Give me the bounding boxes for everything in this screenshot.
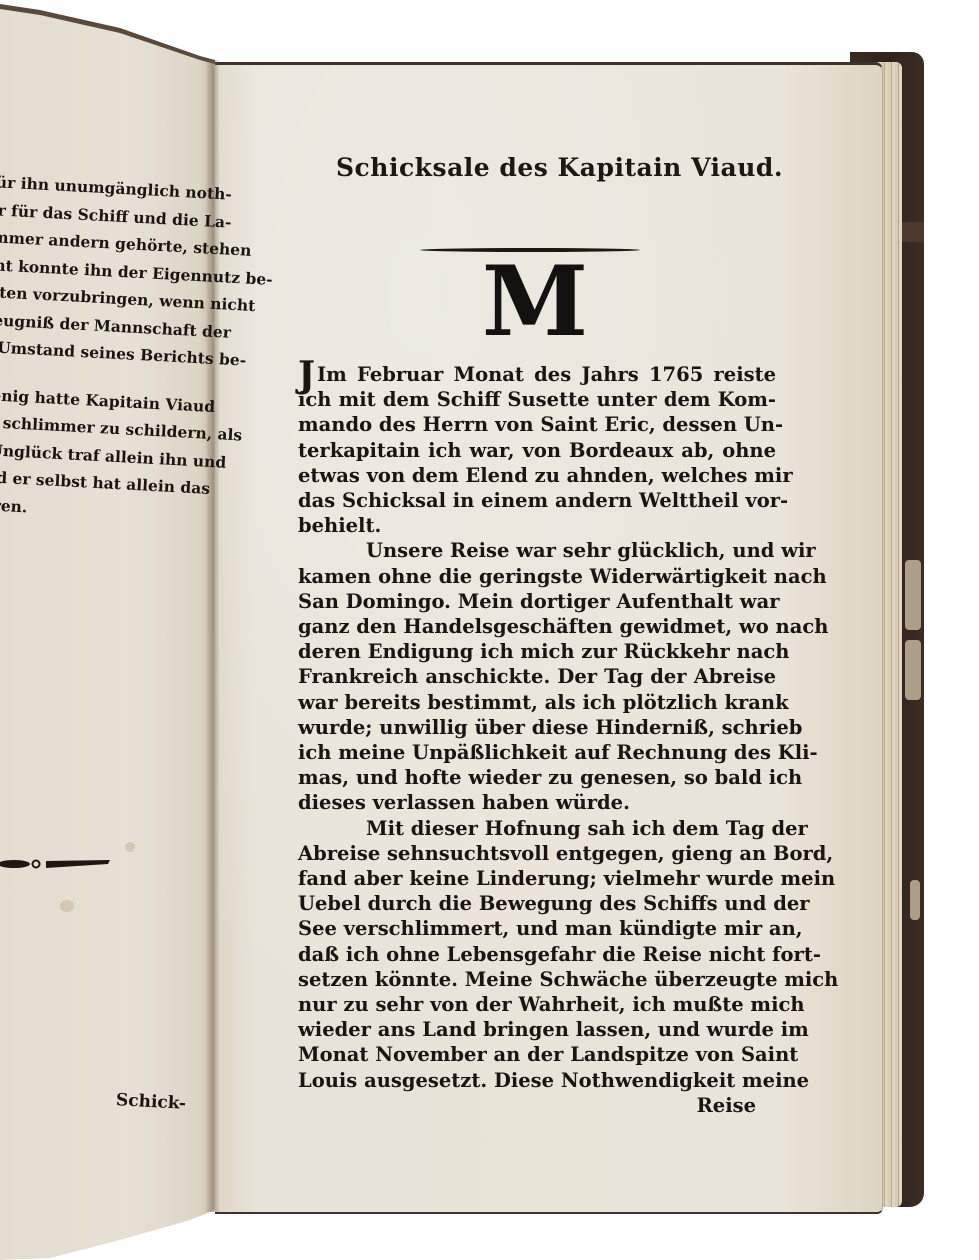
text-line: kamen ohne die geringste Widerwärtigkeit… <box>298 564 776 589</box>
text-line: dieses verlassen haben würde. <box>298 790 776 815</box>
text-line: Louis ausgesetzt. Diese Nothwendigkeit m… <box>298 1068 776 1093</box>
text-line: Abreise sehnsuchtsvoll entgegen, gieng a… <box>298 841 776 866</box>
left-page-text: für ihn unumgänglich noth- er für das Sc… <box>0 168 190 528</box>
text-line: wurde; unwillig über diese Hinderniß, sc… <box>298 715 776 740</box>
tailpiece-ornament-icon <box>0 858 112 870</box>
text-line: Monat November an der Landspitze von Sai… <box>298 1042 776 1067</box>
catchword: Reise <box>298 1093 776 1118</box>
text-line: setzen könnte. Meine Schwäche überzeugte… <box>298 967 776 992</box>
gutter-shadow <box>205 60 219 1212</box>
text-line: ich meine Unpäßlichkeit auf Rechnung des… <box>298 740 776 765</box>
dropcap-ornament: M <box>480 254 590 350</box>
text-line: Mit dieser Hofnung sah ich dem Tag der <box>298 816 776 841</box>
text-line: mas, und hofte wieder zu genesen, so bal… <box>298 765 776 790</box>
text-line: ich mit dem Schiff Susette unter dem Kom… <box>298 387 776 412</box>
text-line: deren Endigung ich mich zur Rückkehr nac… <box>298 639 776 664</box>
text-line-content: Im Februar Monat des Jahrs 1765 reiste <box>317 363 776 386</box>
text-line: daß ich ohne Lebensgefahr die Reise nich… <box>298 942 776 967</box>
text-line: mando des Herrn von Saint Eric, dessen U… <box>298 412 776 437</box>
text-line: das Schicksal in einem andern Welttheil … <box>298 488 776 513</box>
text-line: Uebel durch die Bewegung des Schiffs und… <box>298 891 776 916</box>
text-line: terkapitain ich war, von Bordeaux ab, oh… <box>298 438 776 463</box>
text-line: San Domingo. Mein dortiger Aufenthalt wa… <box>298 589 776 614</box>
text-line: See verschlimmert, und man kündigte mir … <box>298 916 776 941</box>
text-line: war bereits bestimmt, als ich plötzlich … <box>298 690 776 715</box>
text-line: etwas von dem Elend zu ahnden, welches m… <box>298 463 776 488</box>
chapter-body: JIm Februar Monat des Jahrs 1765 reiste … <box>298 362 776 1118</box>
text-line: Frankreich anschickte. Der Tag der Abrei… <box>298 664 776 689</box>
foxing-stain <box>60 900 74 912</box>
left-catchword: Schick- <box>116 1090 187 1114</box>
text-line: behielt. <box>298 513 776 538</box>
text-line: Unsere Reise war sehr glücklich, und wir <box>298 538 776 563</box>
book-photo: für ihn unumgänglich noth- er für das Sc… <box>0 0 979 1260</box>
text-line: fand aber keine Linderung; vielmehr wurd… <box>298 866 776 891</box>
text-line: ganz den Handelsgeschäften gewidmet, wo … <box>298 614 776 639</box>
cover-wear-patch <box>905 560 921 630</box>
text-line: JIm Februar Monat des Jahrs 1765 reiste <box>298 362 776 387</box>
cover-wear-patch <box>910 880 920 920</box>
running-head: Schicksale des Kapitain Viaud. <box>336 153 736 182</box>
text-line: nur zu sehr von der Wahrheit, ich mußte … <box>298 992 776 1017</box>
cover-wear-patch <box>905 640 921 700</box>
foxing-stain <box>125 842 135 852</box>
text-line: wieder ans Land bringen lassen, und wurd… <box>298 1017 776 1042</box>
